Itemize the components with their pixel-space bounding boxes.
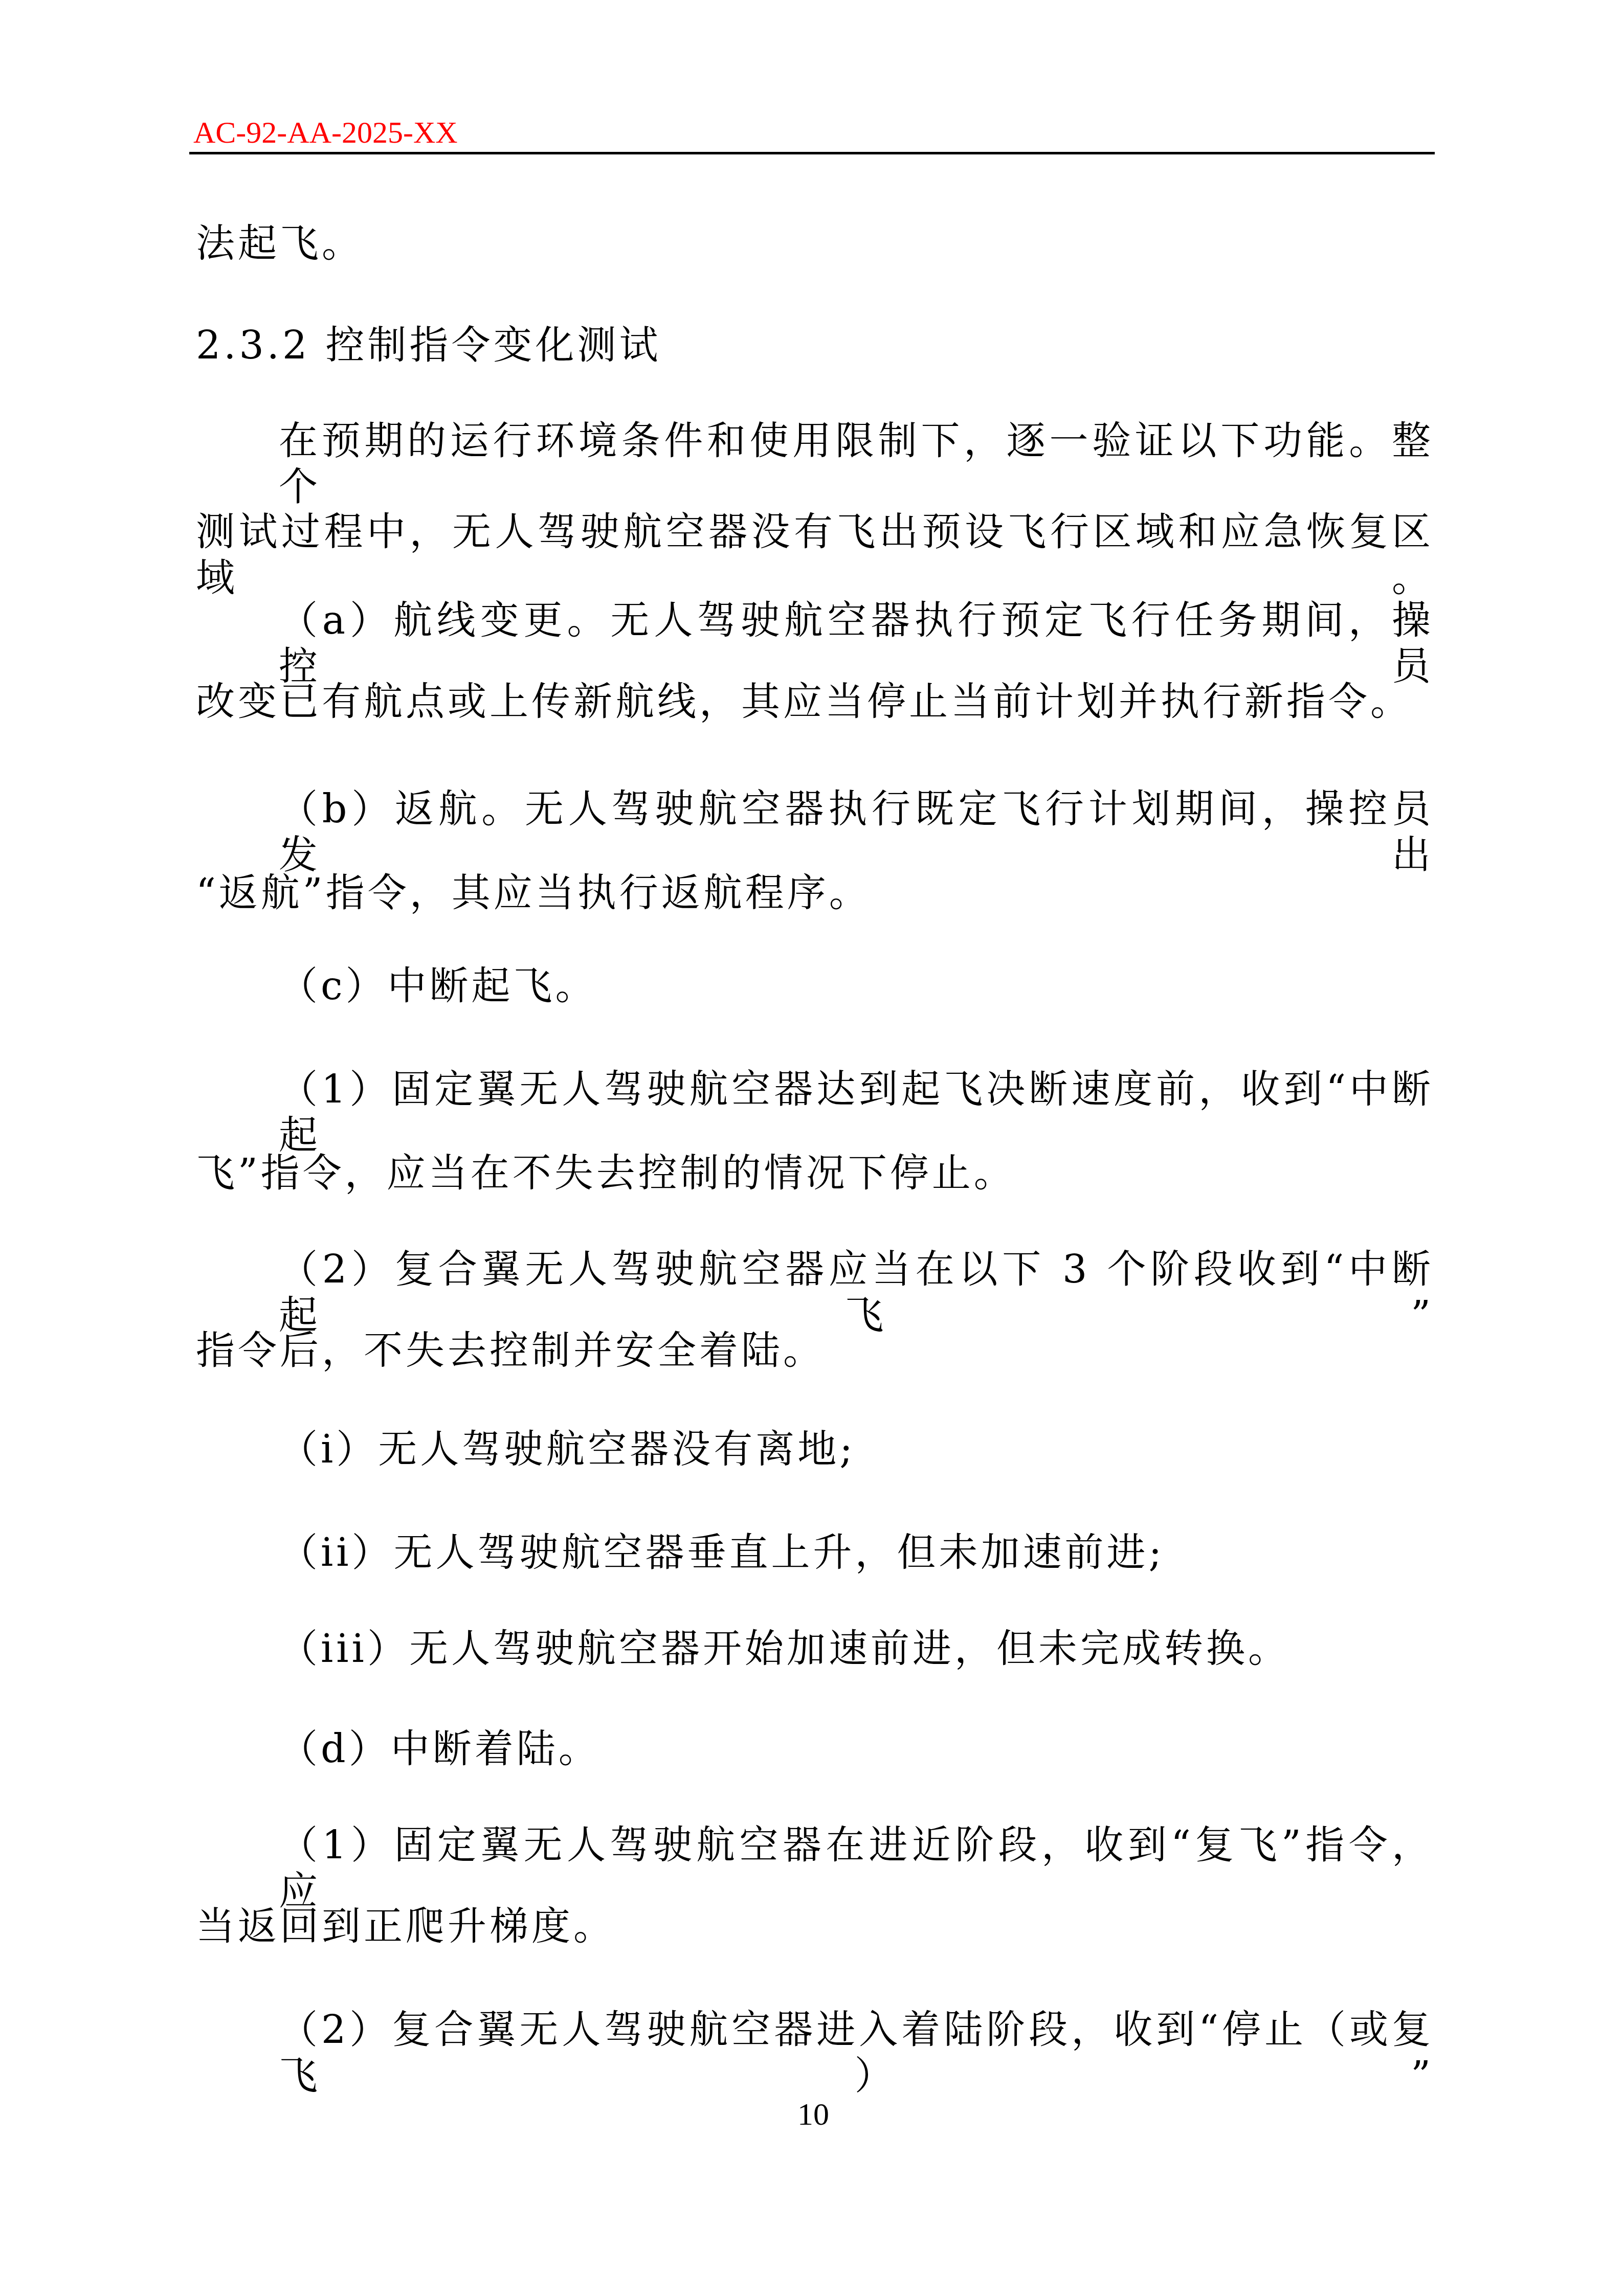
item-d-1-fixed-wing-line-2: 当返回到正爬升梯度。 xyxy=(196,1903,1434,1949)
section-heading-2-3-2: 2.3.2 控制指令变化测试 xyxy=(196,322,1434,368)
page-number: 10 xyxy=(788,2097,839,2132)
paragraph-continuation-line: 法起飞。 xyxy=(196,220,1434,266)
item-c-1-fixed-wing-line-2: 飞”指令，应当在不失去控制的情况下停止。 xyxy=(196,1150,1434,1196)
body-text: 法起飞。 2.3.2 控制指令变化测试 在预期的运行环境条件和使用限制下，逐一验… xyxy=(196,0,1434,2296)
item-d-2-compound-wing-line-1: （2）复合翼无人驾驶航空器进入着陆阶段，收到“停止（或复飞）” xyxy=(279,2007,1434,2053)
document-page: AC-92-AA-2025-XX 法起飞。 2.3.2 控制指令变化测试 在预期… xyxy=(0,0,1624,2296)
sub-item-ii: （ii）无人驾驶航空器垂直上升，但未加速前进; xyxy=(279,1529,1434,1575)
item-d-abort-landing: （d）中断着陆。 xyxy=(279,1726,1434,1772)
sub-item-i: （i）无人驾驶航空器没有离地; xyxy=(279,1426,1434,1472)
sub-item-iii: （iii）无人驾驶航空器开始加速前进，但未完成转换。 xyxy=(279,1626,1434,1672)
item-c-abort-takeoff: （c）中断起飞。 xyxy=(279,963,1434,1009)
item-c-1-fixed-wing-line-1: （1）固定翼无人驾驶航空器达到起飞决断速度前，收到“中断起 xyxy=(279,1066,1434,1112)
item-a-route-change-line-2: 改变已有航点或上传新航线，其应当停止当前计划并执行新指令。 xyxy=(196,679,1434,725)
item-c-2-compound-wing-line-2: 指令后，不失去控制并安全着陆。 xyxy=(196,1327,1434,1374)
intro-paragraph-line-2: 测试过程中，无人驾驶航空器没有飞出预设飞行区域和应急恢复区域。 xyxy=(196,509,1434,555)
item-a-route-change-line-1: （a）航线变更。无人驾驶航空器执行预定飞行任务期间，操控员 xyxy=(279,597,1434,643)
item-d-1-fixed-wing-line-1: （1）固定翼无人驾驶航空器在进近阶段，收到“复飞”指令，应 xyxy=(279,1822,1434,1868)
intro-paragraph-line-1: 在预期的运行环境条件和使用限制下，逐一验证以下功能。整个 xyxy=(279,418,1434,464)
item-b-return-home-line-2: “返航”指令，其应当执行返航程序。 xyxy=(196,870,1434,916)
item-c-2-compound-wing-line-1: （2）复合翼无人驾驶航空器应当在以下 3 个阶段收到“中断起飞” xyxy=(279,1246,1434,1292)
item-b-return-home-line-1: （b）返航。无人驾驶航空器执行既定飞行计划期间，操控员发出 xyxy=(279,786,1434,832)
